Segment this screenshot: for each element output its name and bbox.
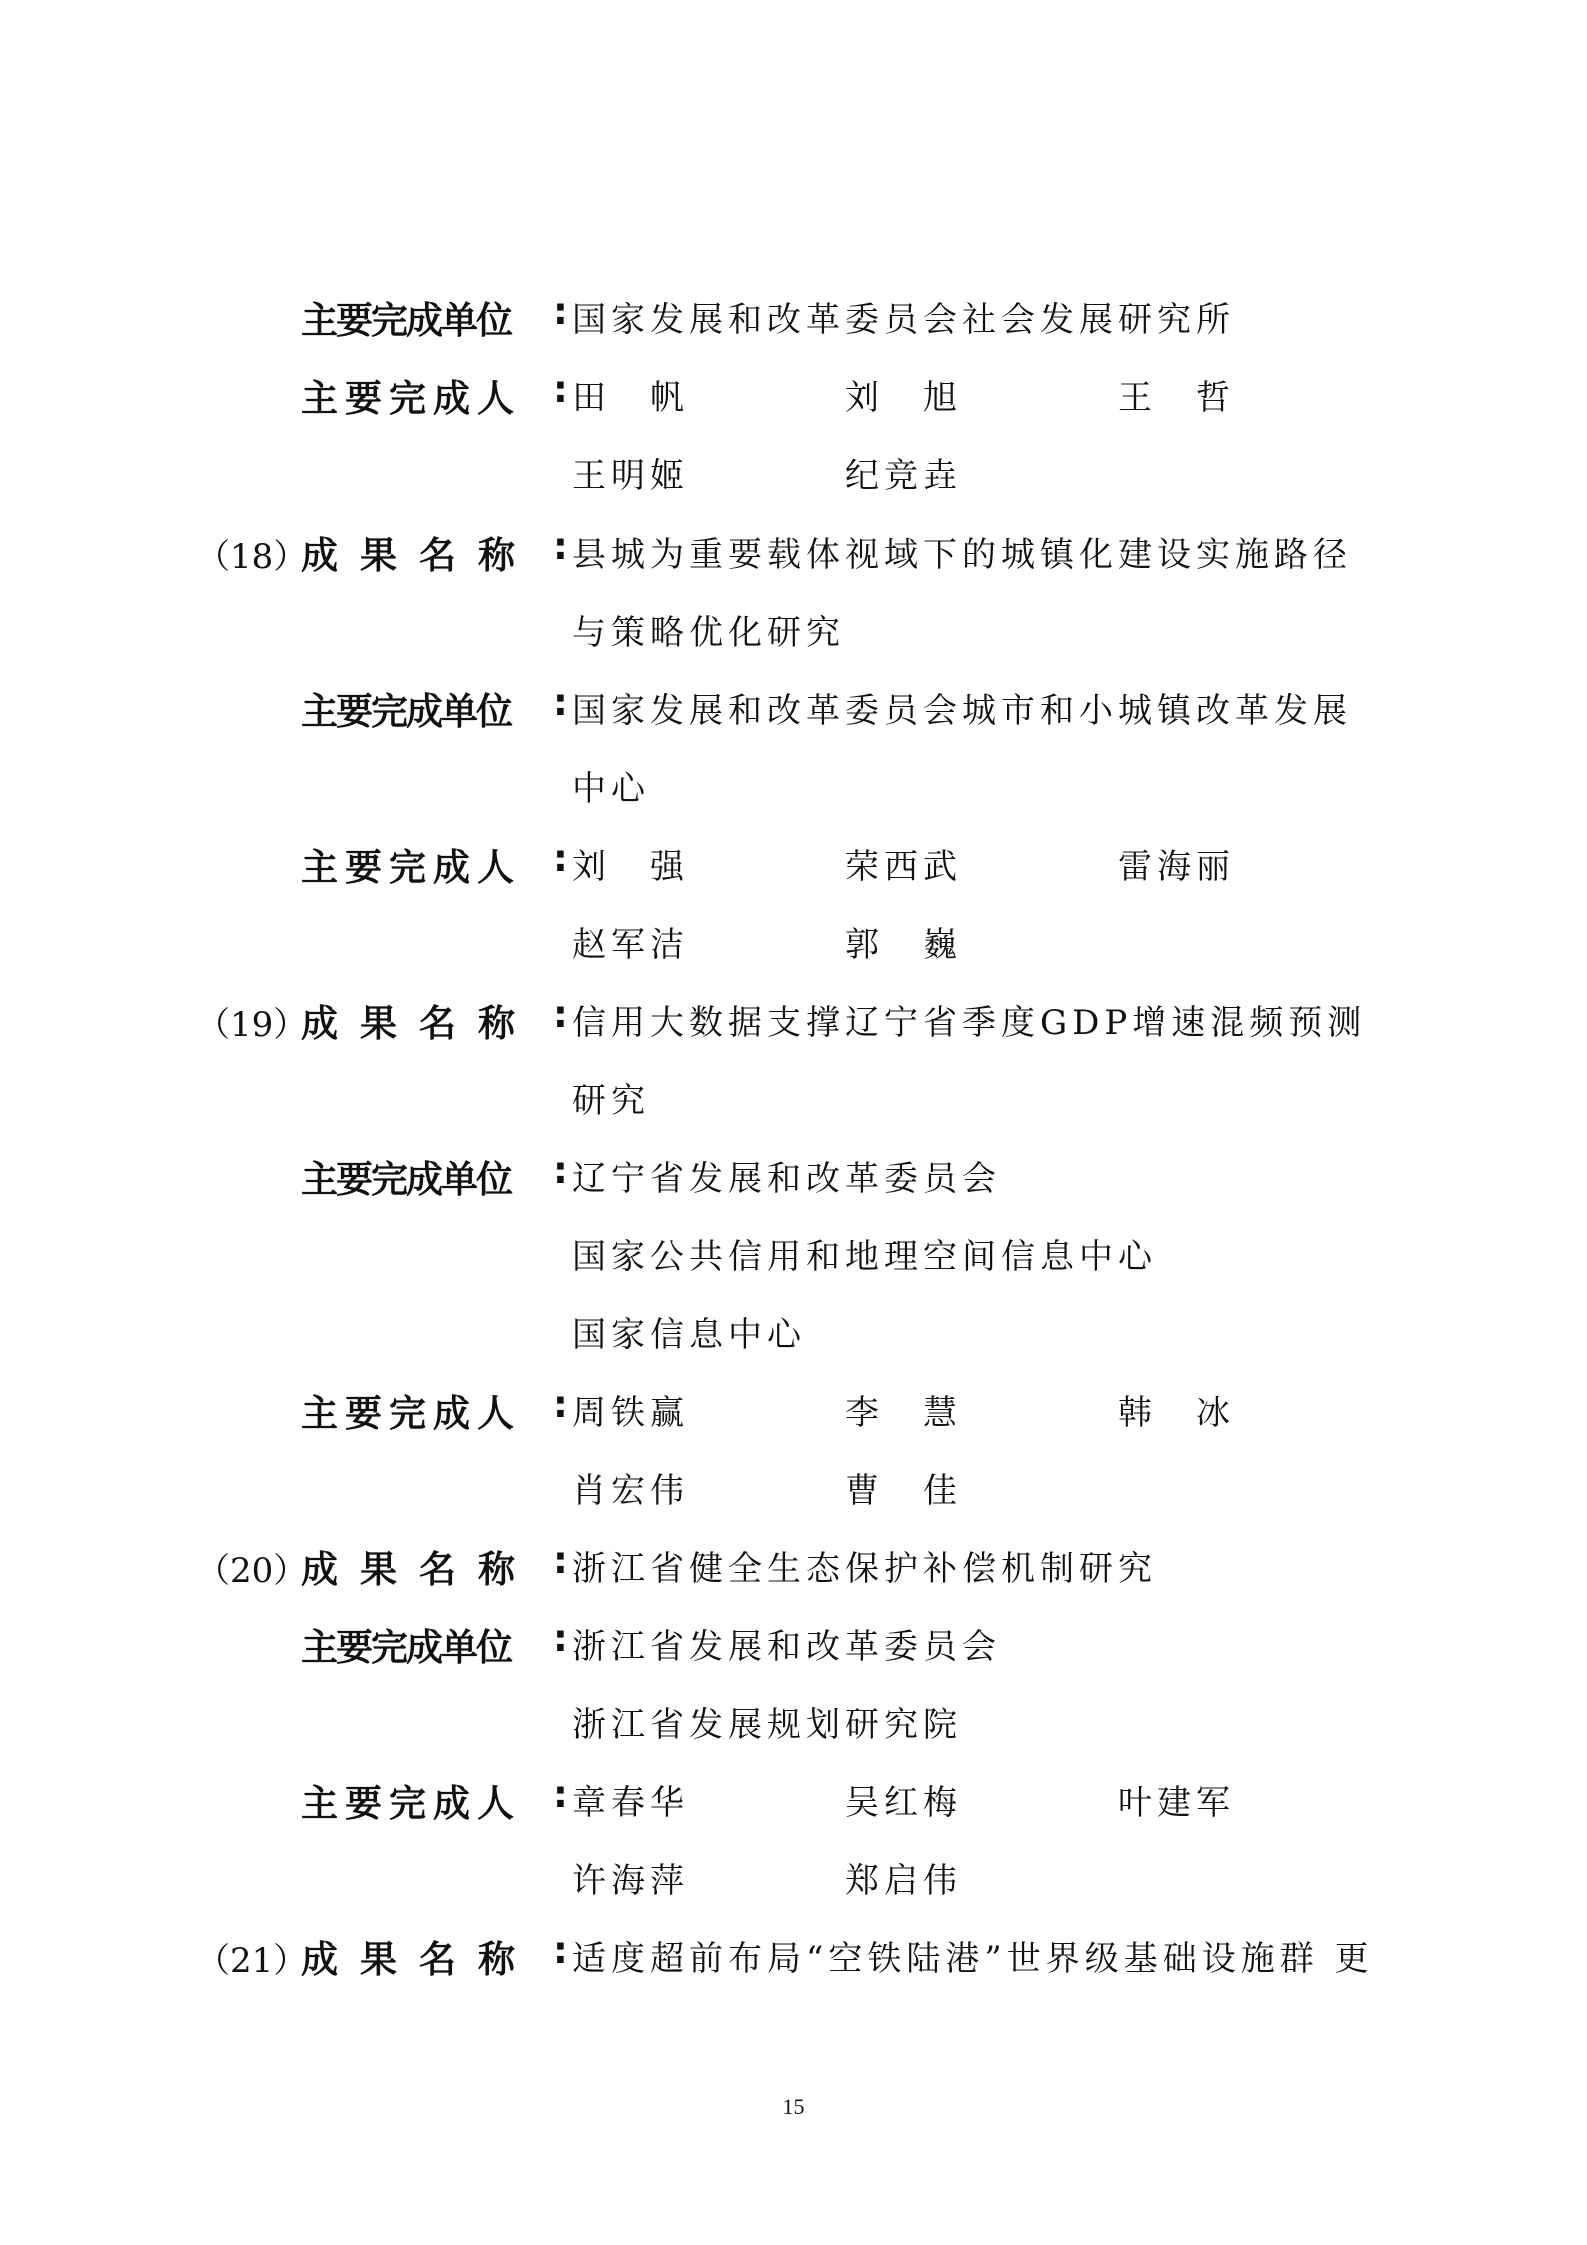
persons-row: 主要完成人 : 章春华 吴红梅 叶建军 (0, 1773, 1587, 1829)
person-name: 李 慧 (845, 1385, 962, 1434)
person-name: 王 哲 (1118, 370, 1235, 419)
person-name: 韩 冰 (1118, 1385, 1235, 1434)
unit-row: 主要完成单位 : 辽宁省发展和改革委员会 (0, 1149, 1587, 1205)
unit-label: 主要完成单位 (301, 290, 511, 344)
persons-row: 肖宏伟 曹 佳 (0, 1461, 1587, 1517)
unit-value: 国家发展和改革委员会城市和小城镇改革发展 (572, 683, 1352, 732)
person-name: 肖宏伟 (572, 1463, 689, 1512)
persons-row: 主要完成人 : 田 帆 刘 旭 王 哲 (0, 368, 1587, 424)
persons-row: 主要完成人 : 周铁赢 李 慧 韩 冰 (0, 1383, 1587, 1439)
persons-label: 主要完成人 (301, 1773, 521, 1827)
colon: : (553, 525, 568, 568)
persons-row: 王明姬 纪竞垚 (0, 446, 1587, 502)
persons-row: 赵军洁 郭 巍 (0, 915, 1587, 971)
unit-label: 主要完成单位 (301, 681, 511, 735)
person-name: 纪竞垚 (845, 448, 962, 497)
document-page: 主要完成单位 : 国家发展和改革委员会社会发展研究所 主要完成人 : 田 帆 刘… (0, 0, 1587, 2245)
colon: : (553, 1149, 568, 1192)
colon: : (553, 290, 568, 333)
unit-value: 中心 (572, 761, 650, 810)
entry-number: （21） (196, 1933, 307, 1982)
person-name: 王明姬 (572, 448, 689, 497)
entry-number: （20） (196, 1543, 307, 1592)
unit-value: 辽宁省发展和改革委员会 (572, 1151, 1001, 1200)
title-value: 适度超前布局“空铁陆港”世界级基础设施群 更 (572, 1931, 1374, 1980)
unit-value: 国家公共信用和地理空间信息中心 (572, 1229, 1157, 1278)
title-label: 成果名称 (301, 525, 537, 579)
unit-value: 国家信息中心 (572, 1307, 806, 1356)
unit-row: 主要完成单位 : 浙江省发展和改革委员会 (0, 1617, 1587, 1673)
title-row: （20） 成果名称 : 浙江省健全生态保护补偿机制研究 (0, 1539, 1587, 1595)
colon: : (553, 1773, 568, 1816)
persons-row: 主要完成人 : 刘 强 荣西武 雷海丽 (0, 837, 1587, 893)
unit-label: 主要完成单位 (301, 1617, 511, 1671)
persons-label: 主要完成人 (301, 368, 521, 422)
unit-row-continued: 浙江省发展规划研究院 (0, 1695, 1587, 1751)
colon: : (553, 993, 568, 1036)
title-label: 成果名称 (301, 993, 537, 1047)
entry-number: （18） (196, 529, 307, 578)
unit-row: 主要完成单位 : 国家发展和改革委员会社会发展研究所 (0, 290, 1587, 346)
page-number: 15 (0, 2094, 1587, 2120)
person-name: 叶建军 (1118, 1775, 1235, 1824)
person-name: 刘 强 (572, 839, 689, 888)
person-name: 刘 旭 (845, 370, 962, 419)
colon: : (553, 1929, 568, 1972)
title-row: （19） 成果名称 : 信用大数据支撑辽宁省季度GDP增速混频预测 (0, 993, 1587, 1049)
unit-row: 主要完成单位 : 国家发展和改革委员会城市和小城镇改革发展 (0, 681, 1587, 737)
person-name: 曹 佳 (845, 1463, 962, 1512)
title-row: （18） 成果名称 : 县城为重要载体视域下的城镇化建设实施路径 (0, 525, 1587, 581)
unit-value: 国家发展和改革委员会社会发展研究所 (572, 292, 1235, 341)
title-label: 成果名称 (301, 1539, 537, 1593)
unit-row-continued: 国家公共信用和地理空间信息中心 (0, 1227, 1587, 1283)
title-value: 信用大数据支撑辽宁省季度GDP增速混频预测 (572, 995, 1366, 1044)
colon: : (553, 681, 568, 724)
person-name: 周铁赢 (572, 1385, 689, 1434)
entry-number: （19） (196, 997, 307, 1046)
unit-value: 浙江省发展和改革委员会 (572, 1619, 1001, 1668)
unit-row-continued: 中心 (0, 759, 1587, 815)
person-name: 许海萍 (572, 1853, 689, 1902)
title-label: 成果名称 (301, 1929, 537, 1983)
person-name: 郑启伟 (845, 1853, 962, 1902)
colon: : (553, 368, 568, 411)
persons-row: 许海萍 郑启伟 (0, 1851, 1587, 1907)
person-name: 郭 巍 (845, 917, 962, 966)
colon: : (553, 1383, 568, 1426)
title-value: 浙江省健全生态保护补偿机制研究 (572, 1541, 1157, 1590)
person-name: 雷海丽 (1118, 839, 1235, 888)
persons-label: 主要完成人 (301, 837, 521, 891)
colon: : (553, 837, 568, 880)
colon: : (553, 1539, 568, 1582)
person-name: 赵军洁 (572, 917, 689, 966)
title-row-continued: 研究 (0, 1071, 1587, 1127)
title-value: 县城为重要载体视域下的城镇化建设实施路径 (572, 527, 1352, 576)
persons-label: 主要完成人 (301, 1383, 521, 1437)
person-name: 吴红梅 (845, 1775, 962, 1824)
person-name: 荣西武 (845, 839, 962, 888)
person-name: 章春华 (572, 1775, 689, 1824)
title-row: （21） 成果名称 : 适度超前布局“空铁陆港”世界级基础设施群 更 (0, 1929, 1587, 1985)
title-value: 研究 (572, 1073, 650, 1122)
person-name: 田 帆 (572, 370, 689, 419)
title-value: 与策略优化研究 (572, 605, 845, 654)
unit-value: 浙江省发展规划研究院 (572, 1697, 962, 1746)
unit-label: 主要完成单位 (301, 1149, 511, 1203)
unit-row-continued: 国家信息中心 (0, 1305, 1587, 1361)
colon: : (553, 1617, 568, 1660)
title-row-continued: 与策略优化研究 (0, 603, 1587, 659)
